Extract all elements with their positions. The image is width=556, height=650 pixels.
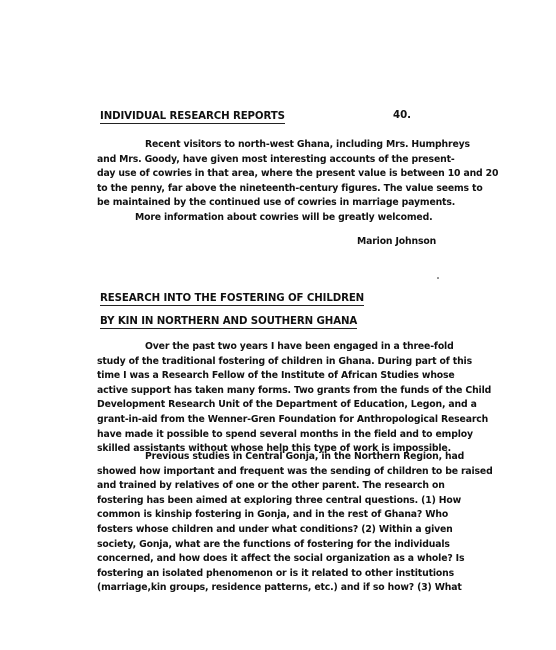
text-line: have made it possible to spend several m… [97, 428, 457, 443]
text-line: Previous studies in Central Gonja, in th… [97, 450, 457, 465]
speck [437, 277, 439, 279]
text-line: Recent visitors to north-west Ghana, inc… [97, 138, 457, 153]
cowries-paragraph-2: More information about cowries will be g… [135, 211, 432, 226]
text-line: Development Research Unit of the Departm… [97, 398, 457, 413]
text-line: Over the past two years I have been enga… [97, 340, 457, 355]
text-line: active support has taken many forms. Two… [97, 384, 457, 399]
text-line: (marriage,kin groups, residence patterns… [97, 581, 457, 596]
speck [199, 587, 201, 589]
fostering-paragraph-1: Over the past two years I have been enga… [97, 340, 457, 457]
text-line: and trained by relatives of one or the o… [97, 479, 457, 494]
text-line: be maintained by the continued use of co… [97, 196, 457, 211]
text-line: concerned, and how does it affect the so… [97, 552, 457, 567]
text-line: grant-in-aid from the Wenner-Gren Founda… [97, 413, 457, 428]
signature: Marion Johnson [357, 235, 436, 250]
text-line: common is kinship fostering in Gonja, an… [97, 508, 457, 523]
section-title-line-1: RESEARCH INTO THE FOSTERING OF CHILDREN [100, 292, 364, 306]
text-line: and Mrs. Goody, have given most interest… [97, 153, 457, 168]
section-title-line-2: BY KIN IN NORTHERN AND SOUTHERN GHANA [100, 315, 357, 329]
fostering-paragraph-2: Previous studies in Central Gonja, in th… [97, 450, 457, 596]
text-line: society, Gonja, what are the functions o… [97, 538, 457, 553]
text-line: fostering an isolated phenomenon or is i… [97, 567, 457, 582]
text-line: fosters whose children and under what co… [97, 523, 457, 538]
text-line: day use of cowries in that area, where t… [97, 167, 457, 182]
cowries-paragraph-1: Recent visitors to north-west Ghana, inc… [97, 138, 457, 211]
page-number: 40. [393, 110, 411, 121]
text-line: fostering has been aimed at exploring th… [97, 494, 457, 509]
text-line: to the penny, far above the nineteenth-c… [97, 182, 457, 197]
text-line: showed how important and frequent was th… [97, 465, 457, 480]
text-line: study of the traditional fostering of ch… [97, 355, 457, 370]
running-header: INDIVIDUAL RESEARCH REPORTS [100, 110, 285, 124]
text-line: time I was a Research Fellow of the Inst… [97, 369, 457, 384]
